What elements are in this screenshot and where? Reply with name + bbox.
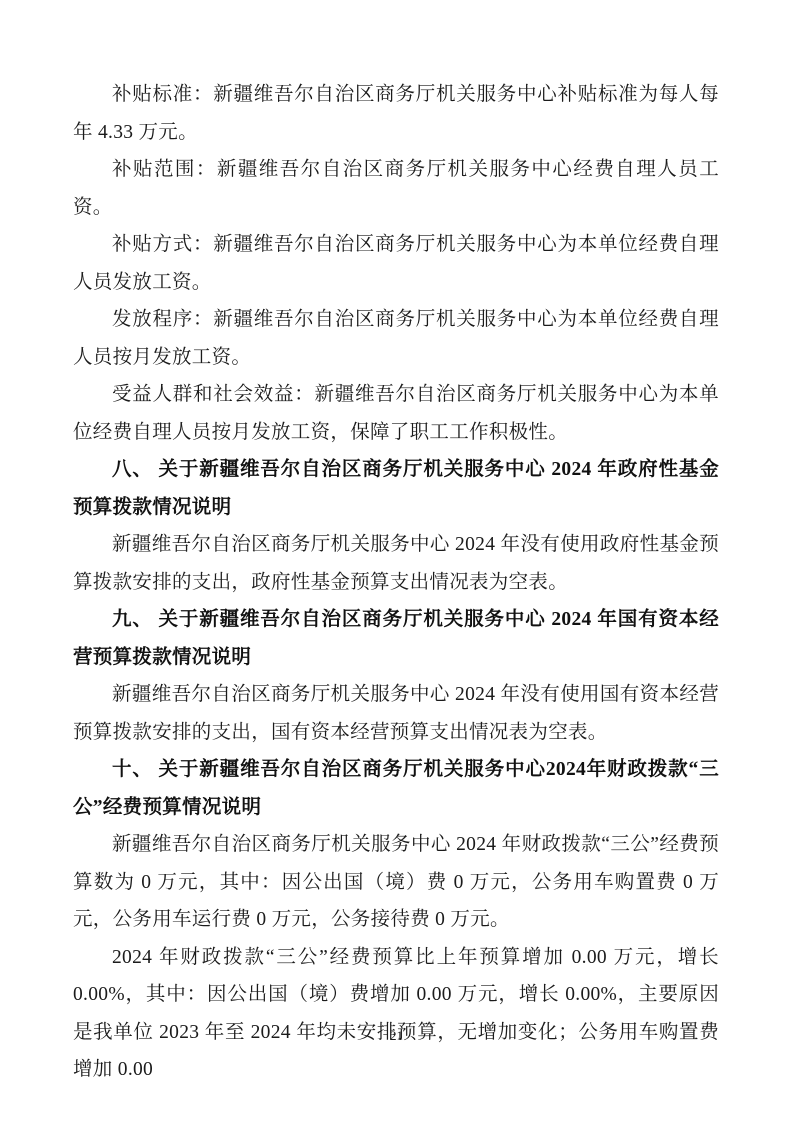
page-number: 21 <box>0 1028 793 1044</box>
paragraph-subsidy-scope: 补贴范围：新疆维吾尔自治区商务厅机关服务中心经费自理人员工资。 <box>73 151 719 226</box>
paragraph-gov-fund-budget: 新疆维吾尔自治区商务厅机关服务中心 2024 年没有使用政府性基金预算拨款安排的… <box>73 526 719 601</box>
section-heading-9: 九、 关于新疆维吾尔自治区商务厅机关服务中心 2024 年国有资本经营预算拨款情… <box>73 601 719 676</box>
document-body: 补贴标准：新疆维吾尔自治区商务厅机关服务中心补贴标准为每人每年 4.33 万元。… <box>73 76 719 1089</box>
paragraph-subsidy-method: 补贴方式：新疆维吾尔自治区商务厅机关服务中心为本单位经费自理人员发放工资。 <box>73 226 719 301</box>
paragraph-three-public-comparison: 2024 年财政拨款“三公”经费预算比上年预算增加 0.00 万元，增长 0.0… <box>73 939 719 1089</box>
paragraph-state-capital-budget: 新疆维吾尔自治区商务厅机关服务中心 2024 年没有使用国有资本经营预算拨款安排… <box>73 676 719 751</box>
paragraph-three-public-budget: 新疆维吾尔自治区商务厅机关服务中心 2024 年财政拨款“三公”经费预算数为 0… <box>73 826 719 939</box>
section-heading-8: 八、 关于新疆维吾尔自治区商务厅机关服务中心 2024 年政府性基金预算拨款情况… <box>73 451 719 526</box>
document-page: 补贴标准：新疆维吾尔自治区商务厅机关服务中心补贴标准为每人每年 4.33 万元。… <box>0 0 793 1122</box>
paragraph-payment-procedure: 发放程序：新疆维吾尔自治区商务厅机关服务中心为本单位经费自理人员按月发放工资。 <box>73 301 719 376</box>
paragraph-subsidy-standard: 补贴标准：新疆维吾尔自治区商务厅机关服务中心补贴标准为每人每年 4.33 万元。 <box>73 76 719 151</box>
section-heading-10: 十、 关于新疆维吾尔自治区商务厅机关服务中心2024年财政拨款“三公”经费预算情… <box>73 751 719 826</box>
paragraph-beneficiaries: 受益人群和社会效益：新疆维吾尔自治区商务厅机关服务中心为本单位经费自理人员按月发… <box>73 376 719 451</box>
